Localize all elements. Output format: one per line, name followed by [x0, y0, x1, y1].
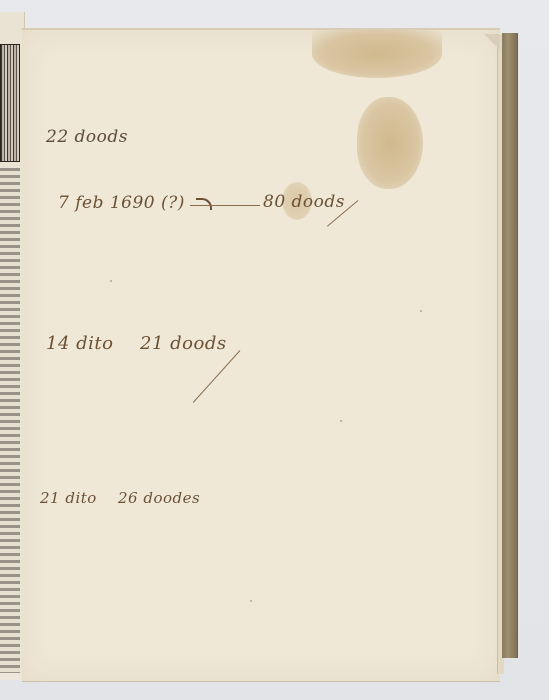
- printed-text-column: [0, 168, 20, 673]
- annotation-line-1: 22 doods: [46, 127, 128, 147]
- annotation-line-2-count: 80 doods: [263, 192, 345, 212]
- annotation-line-3-date: 14 dito: [46, 333, 113, 354]
- water-stain-top: [312, 30, 442, 78]
- annotation-line-3-count: 21 doods: [140, 333, 227, 354]
- annotation-line-2-date: 7 feb 1690 (?): [58, 193, 185, 213]
- arrow-line: [190, 205, 260, 206]
- woodcut-illustration: [0, 44, 20, 162]
- left-page-margin: [0, 673, 22, 680]
- book-cover-edge: [502, 33, 518, 658]
- annotation-line-4-count: 26 doodes: [118, 489, 200, 507]
- annotation-line-4-date: 21 dito: [40, 489, 97, 507]
- paper-speck: [420, 310, 422, 312]
- paper-speck: [110, 280, 112, 282]
- paper-speck: [250, 600, 252, 602]
- water-stain-right: [357, 97, 423, 189]
- paper-speck: [340, 420, 342, 422]
